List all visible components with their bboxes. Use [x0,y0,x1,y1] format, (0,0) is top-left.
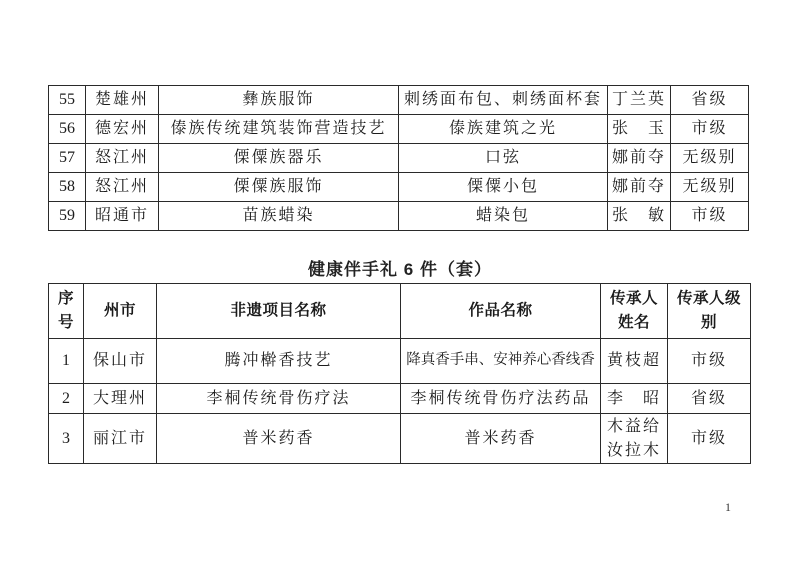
health-gifts-table: 序 号 州市 非遗项目名称 作品名称 传承人 姓名 传承人级别 1 保山市 腾冲… [48,283,751,464]
cell-serial-number: 56 [49,115,86,144]
header-project-name: 非遗项目名称 [157,284,401,339]
cell-city: 怒江州 [86,173,159,202]
header-serial-number: 序 号 [49,284,84,339]
cell-inheritor-level: 省级 [671,86,749,115]
cell-inheritor-name: 张 玉 [608,115,671,144]
cell-project-name: 普米药香 [157,414,401,464]
cell-work-name: 口弦 [399,144,608,173]
cell-city: 怒江州 [86,144,159,173]
cell-work-name: 降真香手串、安神养心香线香 [401,339,601,384]
cell-project-name: 李桐传统骨伤疗法 [157,384,401,414]
cell-inheritor-name: 娜前夺 [608,173,671,202]
header-inheritor-name: 传承人 姓名 [601,284,668,339]
cell-serial-number: 59 [49,202,86,231]
table-row: 59 昭通市 苗族蜡染 蜡染包 张 敏 市级 [49,202,749,231]
table-header-row: 序 号 州市 非遗项目名称 作品名称 传承人 姓名 传承人级别 [49,284,751,339]
table-row: 1 保山市 腾冲檊香技艺 降真香手串、安神养心香线香 黄枝超 市级 [49,339,751,384]
header-work-name: 作品名称 [401,284,601,339]
cell-serial-number: 55 [49,86,86,115]
cell-serial-number: 2 [49,384,84,414]
section-title: 健康伴手礼 6 件（套） [48,255,752,280]
cell-inheritor-level: 市级 [671,202,749,231]
cell-work-name: 普米药香 [401,414,601,464]
table-row: 3 丽江市 普米药香 普米药香 木益给 汝拉木 市级 [49,414,751,464]
heritage-table-continued: 55 楚雄州 彝族服饰 刺绣面布包、刺绣面杯套 丁兰英 省级 56 德宏州 傣族… [48,85,749,231]
cell-city: 保山市 [84,339,157,384]
cell-project-name: 傣族传统建筑装饰营造技艺 [159,115,399,144]
cell-city: 大理州 [84,384,157,414]
table-row: 56 德宏州 傣族传统建筑装饰营造技艺 傣族建筑之光 张 玉 市级 [49,115,749,144]
cell-serial-number: 58 [49,173,86,202]
cell-city: 昭通市 [86,202,159,231]
header-city: 州市 [84,284,157,339]
document-page: 55 楚雄州 彝族服饰 刺绣面布包、刺绣面杯套 丁兰英 省级 56 德宏州 傣族… [0,0,800,566]
cell-project-name: 傈僳族服饰 [159,173,399,202]
cell-project-name: 彝族服饰 [159,86,399,115]
cell-city: 丽江市 [84,414,157,464]
cell-city: 楚雄州 [86,86,159,115]
cell-project-name: 傈僳族器乐 [159,144,399,173]
table-row: 2 大理州 李桐传统骨伤疗法 李桐传统骨伤疗法药品 李 昭 省级 [49,384,751,414]
cell-city: 德宏州 [86,115,159,144]
cell-inheritor-level: 无级别 [671,173,749,202]
cell-project-name: 腾冲檊香技艺 [157,339,401,384]
cell-inheritor-name: 木益给 汝拉木 [601,414,668,464]
cell-work-name: 蜡染包 [399,202,608,231]
cell-inheritor-name: 娜前夺 [608,144,671,173]
cell-inheritor-level: 无级别 [671,144,749,173]
cell-inheritor-name: 张 敏 [608,202,671,231]
cell-project-name: 苗族蜡染 [159,202,399,231]
cell-inheritor-name: 李 昭 [601,384,668,414]
cell-inheritor-level: 省级 [668,384,751,414]
cell-serial-number: 57 [49,144,86,173]
cell-work-name: 李桐传统骨伤疗法药品 [401,384,601,414]
cell-serial-number: 3 [49,414,84,464]
table-row: 55 楚雄州 彝族服饰 刺绣面布包、刺绣面杯套 丁兰英 省级 [49,86,749,115]
page-number: 1 [718,500,738,515]
cell-inheritor-name: 黄枝超 [601,339,668,384]
cell-inheritor-level: 市级 [671,115,749,144]
cell-inheritor-level: 市级 [668,339,751,384]
cell-work-name: 刺绣面布包、刺绣面杯套 [399,86,608,115]
cell-inheritor-level: 市级 [668,414,751,464]
header-inheritor-level: 传承人级别 [668,284,751,339]
cell-inheritor-name: 丁兰英 [608,86,671,115]
cell-serial-number: 1 [49,339,84,384]
table-row: 58 怒江州 傈僳族服饰 傈僳小包 娜前夺 无级别 [49,173,749,202]
table-row: 57 怒江州 傈僳族器乐 口弦 娜前夺 无级别 [49,144,749,173]
cell-work-name: 傣族建筑之光 [399,115,608,144]
cell-work-name: 傈僳小包 [399,173,608,202]
